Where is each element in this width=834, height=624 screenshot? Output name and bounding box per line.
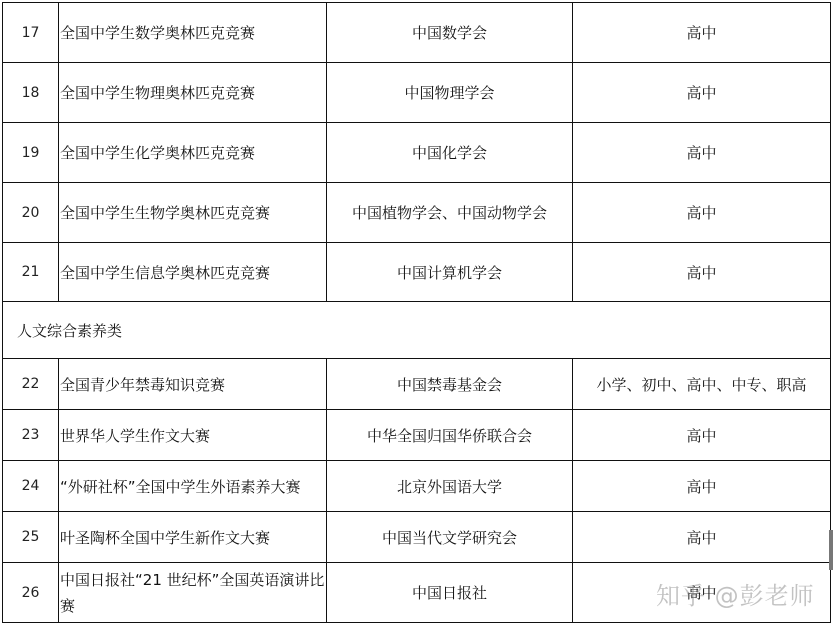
school-level: 高中 (573, 563, 831, 623)
school-level: 高中 (573, 123, 831, 183)
row-number: 23 (3, 410, 59, 461)
organizer: 中国数学会 (327, 3, 573, 63)
organizer: 中国化学会 (327, 123, 573, 183)
table-row: 18 全国中学生物理奥林匹克竞赛 中国物理学会 高中 (3, 63, 831, 123)
organizer: 中国物理学会 (327, 63, 573, 123)
competition-table: 17 全国中学生数学奥林匹克竞赛 中国数学会 高中 18 全国中学生物理奥林匹克… (2, 2, 831, 623)
table-row: 22 全国青少年禁毒知识竞赛 中国禁毒基金会 小学、初中、高中、中专、职高 (3, 359, 831, 410)
competition-name: 全国中学生数学奥林匹克竞赛 (59, 3, 327, 63)
row-number: 26 (3, 563, 59, 623)
school-level: 高中 (573, 243, 831, 302)
competition-name: 全国青少年禁毒知识竞赛 (59, 359, 327, 410)
table-row: 24 “外研社杯”全国中学生外语素养大赛 北京外国语大学 高中 (3, 461, 831, 512)
competition-name: 全国中学生化学奥林匹克竞赛 (59, 123, 327, 183)
competition-name: “外研社杯”全国中学生外语素养大赛 (59, 461, 327, 512)
school-level: 高中 (573, 63, 831, 123)
competition-name: 全国中学生信息学奥林匹克竞赛 (59, 243, 327, 302)
row-number: 19 (3, 123, 59, 183)
table-row: 17 全国中学生数学奥林匹克竞赛 中国数学会 高中 (3, 3, 831, 63)
school-level: 高中 (573, 512, 831, 563)
competition-name: 叶圣陶杯全国中学生新作文大赛 (59, 512, 327, 563)
row-number: 17 (3, 3, 59, 63)
organizer: 中国日报社 (327, 563, 573, 623)
organizer: 中国禁毒基金会 (327, 359, 573, 410)
school-level: 小学、初中、高中、中专、职高 (573, 359, 831, 410)
table-row: 21 全国中学生信息学奥林匹克竞赛 中国计算机学会 高中 (3, 243, 831, 302)
organizer: 北京外国语大学 (327, 461, 573, 512)
row-number: 22 (3, 359, 59, 410)
competition-name: 全国中学生物理奥林匹克竞赛 (59, 63, 327, 123)
school-level: 高中 (573, 183, 831, 243)
organizer: 中国当代文学研究会 (327, 512, 573, 563)
competition-name: 全国中学生生物学奥林匹克竞赛 (59, 183, 327, 243)
scrollbar-thumb[interactable] (829, 530, 833, 570)
row-number: 21 (3, 243, 59, 302)
table-row: 19 全国中学生化学奥林匹克竞赛 中国化学会 高中 (3, 123, 831, 183)
school-level: 高中 (573, 410, 831, 461)
table-row: 25 叶圣陶杯全国中学生新作文大赛 中国当代文学研究会 高中 (3, 512, 831, 563)
organizer: 中华全国归国华侨联合会 (327, 410, 573, 461)
section-title: 人文综合素养类 (3, 302, 831, 359)
competition-name: 世界华人学生作文大赛 (59, 410, 327, 461)
school-level: 高中 (573, 461, 831, 512)
organizer: 中国植物学会、中国动物学会 (327, 183, 573, 243)
row-number: 20 (3, 183, 59, 243)
row-number: 24 (3, 461, 59, 512)
row-number: 25 (3, 512, 59, 563)
school-level: 高中 (573, 3, 831, 63)
row-number: 18 (3, 63, 59, 123)
table-row: 23 世界华人学生作文大赛 中华全国归国华侨联合会 高中 (3, 410, 831, 461)
table-row: 26 中国日报社“21 世纪杯”全国英语演讲比赛 中国日报社 高中 (3, 563, 831, 623)
table-row: 20 全国中学生生物学奥林匹克竞赛 中国植物学会、中国动物学会 高中 (3, 183, 831, 243)
organizer: 中国计算机学会 (327, 243, 573, 302)
competition-name: 中国日报社“21 世纪杯”全国英语演讲比赛 (59, 563, 327, 623)
section-header-row: 人文综合素养类 (3, 302, 831, 359)
